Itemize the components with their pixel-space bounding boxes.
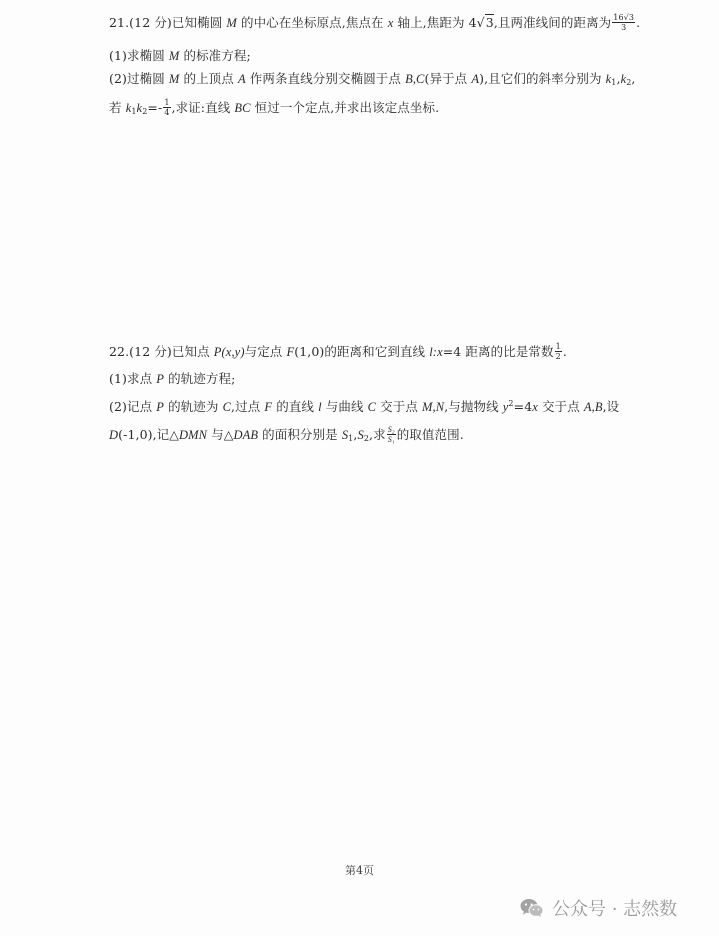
var: B,C xyxy=(405,72,424,86)
denominator: 4 xyxy=(163,108,170,117)
text: 的轨迹方程; xyxy=(164,371,235,386)
watermark: 公众号 · 志然数 xyxy=(520,895,677,921)
text: ,与抛物线 xyxy=(444,399,503,414)
text: 作两条直线分别交椭圆于点 xyxy=(246,71,405,86)
text: (异于点 xyxy=(424,71,471,86)
text: 交于点 xyxy=(376,399,422,414)
text: 交于点 xyxy=(538,399,584,414)
fraction: S₂S₁ xyxy=(387,425,396,444)
fraction: 14 xyxy=(163,98,170,117)
text: 与△ xyxy=(207,427,233,442)
text: 21.(12 分)已知椭圆 xyxy=(109,15,226,30)
text: =- xyxy=(147,100,162,115)
text: 22.(12 分)已知点 xyxy=(109,344,214,359)
text: 若 xyxy=(109,100,126,115)
text: =4 xyxy=(514,399,533,414)
numerator: 1 xyxy=(555,342,562,352)
text: (2)过椭圆 xyxy=(109,71,169,86)
radicand: 3 xyxy=(485,14,494,30)
var: A,B xyxy=(584,400,603,414)
problem-22-part-1: (1)求点 P 的轨迹方程; xyxy=(109,371,235,387)
var: A xyxy=(238,72,246,86)
var: M,N xyxy=(422,400,444,414)
text: ,过点 xyxy=(231,399,264,414)
text: =4 距离的比是常数 xyxy=(443,344,554,359)
text: (1)求椭圆 xyxy=(109,48,169,63)
numerator: 1 xyxy=(163,98,170,108)
var: l:x xyxy=(429,345,442,359)
var: C xyxy=(368,400,376,414)
text: ,且两准线间的距离为 xyxy=(494,15,611,30)
text: 的面积分别是 xyxy=(258,427,342,442)
page-number: 第4页 xyxy=(0,862,719,878)
problem-22-part-2-line-2: D(-1,0),记△DMN 与△DAB 的面积分别是 S1,S2,求S₂S₁的取… xyxy=(109,426,464,447)
text: 的直线 xyxy=(272,399,318,414)
var: D xyxy=(109,428,118,442)
text: . xyxy=(636,15,640,30)
denominator: 2 xyxy=(555,352,562,361)
problem-21-part-2-line-2: 若 k1k2=-14,求证:直线 BC 恒过一个定点,并求出该定点坐标. xyxy=(109,99,439,120)
text: 的轨迹为 xyxy=(164,399,223,414)
var: M xyxy=(169,72,180,86)
text: ,设 xyxy=(603,399,620,414)
exam-page: 21.(12 分)已知椭圆 M 的中心在坐标原点,焦点在 x 轴上,焦距为 4√… xyxy=(0,0,719,936)
text: ,求 xyxy=(369,427,386,442)
watermark-text: 公众号 · 志然数 xyxy=(552,895,677,921)
text: 的标准方程; xyxy=(179,48,250,63)
text: . xyxy=(563,344,567,359)
problem-21-statement: 21.(12 分)已知椭圆 M 的中心在坐标原点,焦点在 x 轴上,焦距为 4√… xyxy=(109,14,640,33)
problem-22-statement: 22.(12 分)已知点 P(x,y)与定点 F(1,0)的距离和它到直线 l:… xyxy=(109,343,567,362)
wechat-icon xyxy=(520,898,544,918)
denominator: S₁ xyxy=(387,435,396,444)
var: M xyxy=(226,16,237,30)
numerator: 16√3 xyxy=(612,13,635,23)
var: P(x,y) xyxy=(214,345,245,359)
problem-22-part-2-line-1: (2)记点 P 的轨迹为 C,过点 F 的直线 l 与曲线 C 交于点 M,N,… xyxy=(109,396,619,415)
denominator: 3 xyxy=(612,23,635,32)
fraction: 12 xyxy=(555,342,562,361)
sqrt-expression: √3 xyxy=(477,15,494,31)
text: 的取值范围. xyxy=(397,427,464,442)
text: , xyxy=(631,71,635,86)
text: ),且它们的斜率分别为 xyxy=(479,71,606,86)
text: 与定点 xyxy=(245,344,287,359)
text: ,求证:直线 xyxy=(172,100,235,115)
var: P xyxy=(156,400,164,414)
text: (1)求点 xyxy=(109,371,156,386)
var: C xyxy=(223,400,231,414)
var: P xyxy=(156,372,164,386)
fraction: 16√33 xyxy=(612,13,635,32)
var: BC xyxy=(234,101,250,115)
var: DMN xyxy=(179,428,207,442)
text: 的上顶点 xyxy=(179,71,238,86)
var: DAB xyxy=(233,428,258,442)
text: 轴上,焦距为 4 xyxy=(393,15,476,30)
problem-21-part-2-line-1: (2)过椭圆 M 的上顶点 A 作两条直线分别交椭圆于点 B,C(异于点 A),… xyxy=(109,71,636,91)
problem-21-part-1: (1)求椭圆 M 的标准方程; xyxy=(109,48,251,64)
text: (1,0)的距离和它到直线 xyxy=(294,344,429,359)
text: 的中心在坐标原点,焦点在 xyxy=(237,15,388,30)
numerator: S₂ xyxy=(387,425,396,435)
var: A xyxy=(471,72,479,86)
text: (2)记点 xyxy=(109,399,156,414)
var: M xyxy=(169,49,180,63)
var: F xyxy=(264,400,272,414)
text: 与曲线 xyxy=(322,399,368,414)
text: 恒过一个定点,并求出该定点坐标. xyxy=(251,100,440,115)
text: (-1,0),记△ xyxy=(118,427,179,442)
